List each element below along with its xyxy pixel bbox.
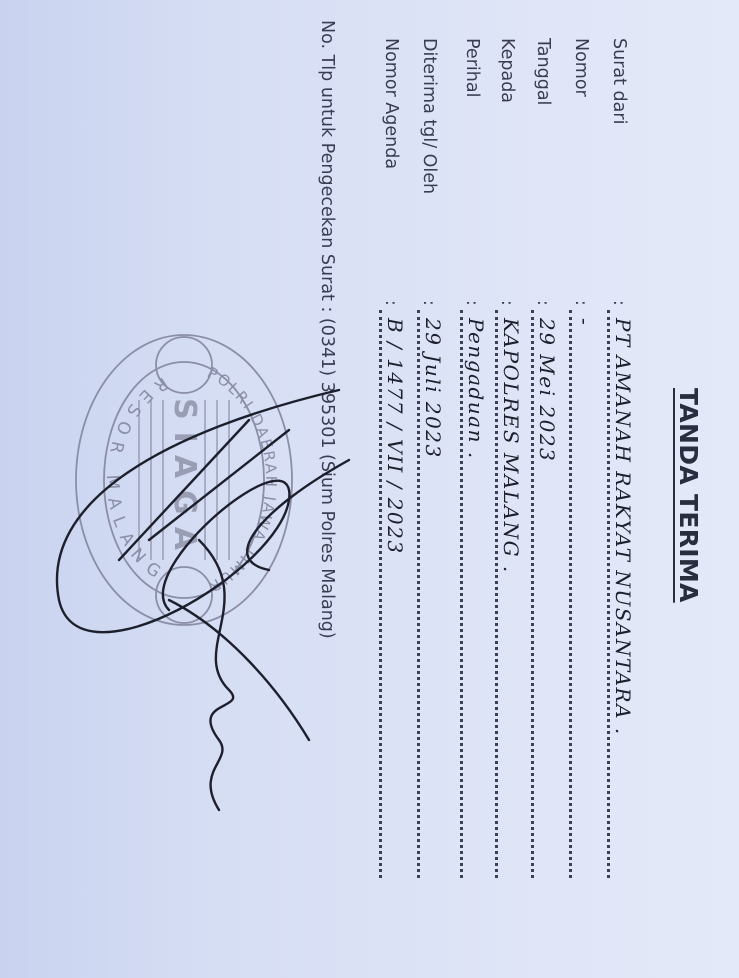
field-colon: :	[497, 300, 517, 306]
dotted-line	[460, 310, 463, 878]
handwritten-value: KAPOLRES MALANG .	[499, 318, 523, 574]
field-colon: :	[419, 300, 439, 306]
field-label: Nomor	[571, 38, 591, 97]
field-tanggal: Tanggal : 29 Mei 2023	[523, 38, 553, 938]
dotted-line	[607, 310, 610, 878]
handwritten-value: 29 Juli 2023	[421, 318, 445, 459]
dotted-line	[417, 310, 420, 878]
field-diterima: Diterima tgl/ Oleh : 29 Juli 2023	[409, 38, 439, 938]
field-colon: :	[462, 300, 482, 306]
field-colon: :	[533, 300, 553, 306]
field-label: Perihal	[462, 38, 482, 97]
field-label: Surat dari	[609, 38, 629, 124]
dotted-line	[495, 310, 498, 878]
field-colon: :	[609, 300, 629, 306]
field-colon: :	[571, 300, 591, 306]
dotted-line	[379, 310, 382, 878]
dotted-line	[531, 310, 534, 878]
receipt-document: TANDA TERIMA Surat dari : PT AMANAH RAKY…	[0, 0, 739, 978]
field-nomor: Nomor : -	[561, 38, 591, 938]
handwritten-value: B / 1477 / VII / 2023	[383, 318, 407, 555]
handwritten-value: 29 Mei 2023	[535, 318, 559, 462]
handwritten-value: -	[573, 318, 597, 326]
field-colon: :	[381, 300, 401, 306]
field-label: Diterima tgl/ Oleh	[419, 38, 439, 194]
field-label: Tanggal	[533, 38, 553, 105]
document-title: TANDA TERIMA	[674, 388, 703, 603]
field-kepada: Kepada : KAPOLRES MALANG .	[487, 38, 517, 938]
field-nomor-agenda: Nomor Agenda : B / 1477 / VII / 2023	[371, 38, 401, 938]
field-label: Nomor Agenda	[381, 38, 401, 169]
field-label: Kepada	[497, 38, 517, 103]
handwritten-value: PT AMANAH RAKYAT NUSANTARA .	[611, 318, 635, 736]
field-surat-dari: Surat dari : PT AMANAH RAKYAT NUSANTARA …	[599, 38, 629, 938]
field-perihal: Perihal : Pengaduan .	[452, 38, 482, 938]
dotted-line	[569, 310, 572, 878]
signature	[39, 270, 369, 830]
handwritten-value: Pengaduan .	[464, 318, 488, 460]
